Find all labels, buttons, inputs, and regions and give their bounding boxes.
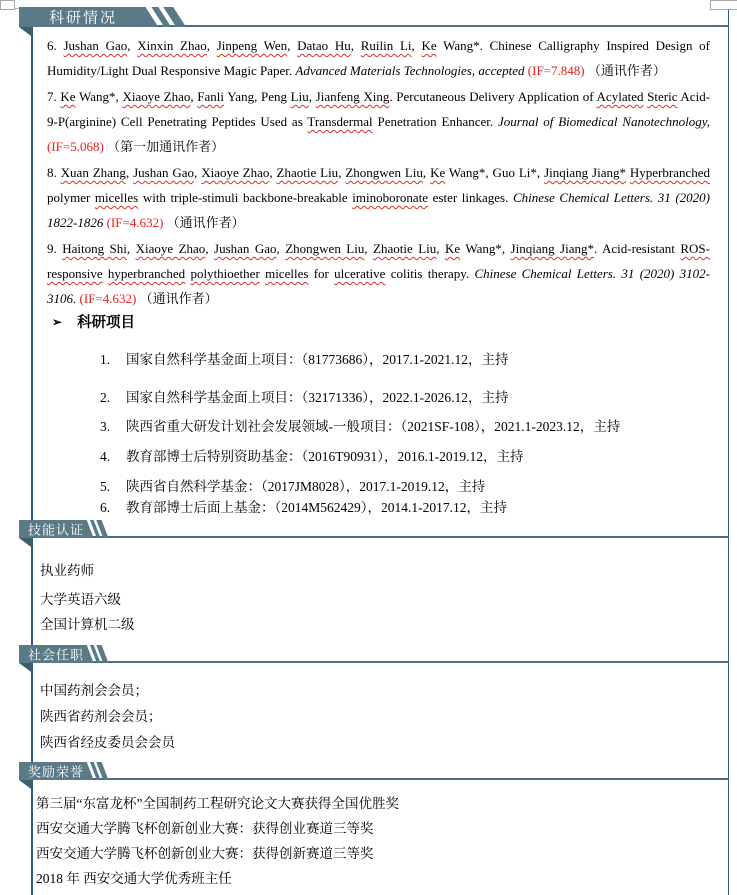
publication-text: , [351,38,361,53]
publication-text: Wang*, [76,89,123,104]
publication-text: , [423,165,430,180]
author-name-misspelled: ulcerative [334,266,385,281]
publication-text: 6. [47,38,63,53]
project-item: 3.陕西省重大研发计划社会发展领域-一般项目：（2021SF-108），2021… [100,412,720,441]
author-name-misspelled: Xuan Zhang [61,165,126,180]
ribbon-fold [19,27,33,37]
impact-factor: (IF=7.848) [528,63,585,78]
author-name-misspelled: Acylated [597,89,644,104]
author-name-misspelled: polythioether [190,266,259,281]
award-item: 西安交通大学腾飞杯创新创业大赛：获得创新赛道三等奖 [36,841,399,866]
publication-text: （通讯作者） [585,63,666,78]
project-item: 2.国家自然科学基金面上项目：（32171336），2022.1-2026.12… [100,383,720,412]
author-name-misspelled: Jushan Gao [214,241,277,256]
section-rule [19,778,729,780]
table-corner-marker-left [0,0,15,10]
project-item: 1.国家自然科学基金面上项目：（81773686），2017.1-2021.12… [100,345,720,374]
author-name-misspelled: Ruilin Li [361,38,412,53]
projects-list: 1.国家自然科学基金面上项目：（81773686），2017.1-2021.12… [100,345,720,522]
section-rule [19,661,729,663]
section-title-awards: 奖励荣誉 [28,762,84,781]
author-name-misspelled: Datao Hu [297,38,351,53]
section-banner-research: 科研情况 [19,7,187,27]
author-name-misspelled: hyperbranched [108,266,185,281]
author-name-misspelled: Steric [647,89,677,104]
author-name-misspelled: Ke [422,38,437,53]
projects-heading: ➢科研项目 [52,311,135,332]
projects-heading-label: 科研项目 [77,315,135,331]
publication-text: , [287,38,297,53]
publication-text: with triple-stimuli backbone-breakable [138,190,352,205]
author-name-misspelled: micelles [95,190,138,205]
skill-item: 全国计算机二级 [40,610,135,639]
author-name-misspelled: iminoboronate [352,190,428,205]
social-positions-list: 中国药剂会会员；陕西省药剂会会员；陕西省经皮委员会会员 [40,678,175,756]
author-name-misspelled: Liu [291,89,309,104]
arrow-bullet-icon: ➢ [52,315,62,329]
author-name-misspelled: Jianfeng Xing [316,89,390,104]
author-name-misspelled: Fanli [197,89,224,104]
section-rule [19,536,729,538]
section-title-research: 科研情况 [49,7,117,28]
author-name-misspelled: Hyperbranched [630,165,710,180]
publication-text: , [364,241,373,256]
publication-text: , [436,241,445,256]
award-item: 2018 年 西安交通大学优秀班主任 [36,866,399,891]
author-name-misspelled: Jushan Gao [63,38,127,53]
publication-text: （通讯作者） [136,291,217,306]
social-position-item: 中国药剂会会员； [40,678,175,704]
publication-text: , [205,241,214,256]
publication-text: , [412,38,422,53]
publication-text: 9. [47,241,62,256]
publication-text: , [207,38,217,53]
author-name-misspelled: Xiaoye Zhao [201,165,269,180]
publication-text: 8. [47,165,61,180]
author-name-misspelled: Ke [60,89,75,104]
section-title-skills: 技能认证 [28,520,84,539]
publication-text: 7. [47,89,60,104]
publication-text: polymer [47,190,95,205]
author-name-misspelled: Xinxin Zhao [137,38,207,53]
publication-text: , [127,38,137,53]
author-name-misspelled: Zhaotie Liu [373,241,436,256]
skill-item: 执业药师 [40,556,135,585]
page-border-right [728,8,730,895]
publication-entry: 8. Xuan Zhang, Jushan Gao, Xiaoye Zhao, … [47,160,710,235]
publication-text: . Acid-resistant [594,241,680,256]
publication-text: colitis therapy. [385,266,474,281]
item-number: 6. [100,493,126,522]
ribbon-fold [19,538,33,548]
publication-entry: 6. Jushan Gao, Xinxin Zhao, Jinpeng Wen,… [47,33,710,83]
ribbon-fold [19,780,33,790]
item-number: 2. [100,383,126,412]
item-text: 教育部博士后面上基金：（2014M562429），2014.1-2017.12，… [126,493,507,522]
section-banner-skills: 技能认证 [19,520,109,538]
journal-name: Advanced Materials Technologies, accepte… [295,63,527,78]
publication-list: 6. Jushan Gao, Xinxin Zhao, Jinpeng Wen,… [47,33,710,312]
author-name-misspelled: Transdermal [307,114,372,129]
award-item: 第三届“东富龙杯”全国制药工程研究论文大赛获得全国优胜奖 [36,791,399,816]
publication-entry: 7. Ke Wang*, Xiaoye Zhao, Fanli Yang, Pe… [47,84,710,159]
skills-list: 执业药师大学英语六级全国计算机二级 [40,556,135,639]
author-name-misspelled: micelles [265,266,308,281]
awards-list: 第三届“东富龙杯”全国制药工程研究论文大赛获得全国优胜奖西安交通大学腾飞杯创新创… [36,791,399,891]
publication-text: for [308,266,334,281]
author-name-misspelled: Haitong Shi [62,241,127,256]
award-item: 西安交通大学腾飞杯创新创业大赛：获得创业赛道三等奖 [36,816,399,841]
author-name-misspelled: Jushan Gao [133,165,194,180]
project-item: 4.教育部博士后特别资助基金：（2016T90931），2016.1-2019.… [100,442,720,471]
author-name-misspelled: Xiaoye Zhao [136,241,206,256]
impact-factor: (IF=4.632) [107,215,164,230]
item-number: 1. [100,345,126,374]
publication-text: , [127,241,136,256]
section-banner-social: 社会任职 [19,645,109,663]
publication-text: Penetration Enhancer. [373,114,498,129]
author-name-misspelled: Ke [445,241,460,256]
item-number: 3. [100,412,126,441]
publication-text: （第一加通讯作者） [104,139,224,154]
publication-text: Wang*, [460,241,510,256]
publication-text: , [277,241,286,256]
table-corner-marker-right [710,0,737,10]
publication-entry: 9. Haitong Shi, Xiaoye Zhao, Jushan Gao,… [47,236,710,311]
publication-text: , [309,89,316,104]
item-text: 国家自然科学基金面上项目：（32171336），2022.1-2026.12，主… [126,383,509,412]
author-name-misspelled: Ke [430,165,445,180]
author-name-misspelled: Zhongwen Liu [285,241,364,256]
item-number: 4. [100,442,126,471]
section-banner-awards: 奖励荣誉 [19,762,109,780]
impact-factor: (IF=5.068) [47,139,104,154]
journal-name: Journal of Biomedical Nanotechnology, [498,114,710,129]
project-item: 6.教育部博士后面上基金：（2014M562429），2014.1-2017.1… [100,493,720,522]
ribbon-fold [19,663,33,673]
author-name-misspelled: Jinpeng Wen [217,38,287,53]
author-name-misspelled: Jinqiang Jiang* [511,241,594,256]
publication-text: Yang, Peng [224,89,291,104]
author-name-misspelled: Jinqiang Jiang* [544,165,626,180]
section-title-social: 社会任职 [28,645,84,664]
item-text: 陕西省重大研发计划社会发展领域-一般项目：（2021SF-108），2021.1… [126,412,620,441]
impact-factor: (IF=4.632) [80,291,137,306]
publication-text: ester linkages. [428,190,513,205]
publication-text: （通讯作者） [163,215,244,230]
item-text: 教育部博士后特别资助基金：（2016T90931），2016.1-2019.12… [126,442,524,471]
document-page: 科研情况 6. Jushan Gao, Xinxin Zhao, Jinpeng… [0,0,737,895]
publication-text: Wang*, Guo Li*, [445,165,544,180]
item-text: 国家自然科学基金面上项目：（81773686），2017.1-2021.12，主… [126,345,509,374]
author-name-misspelled: Zhaotie Liu [277,165,339,180]
social-position-item: 陕西省经皮委员会会员 [40,730,175,756]
social-position-item: 陕西省药剂会会员； [40,704,175,730]
publication-text: , [269,165,276,180]
author-name-misspelled: Zhongwen Liu [345,165,423,180]
author-name-misspelled: Xiaoye Zhao [122,89,190,104]
publication-text: . Percutaneous Delivery Application of [389,89,596,104]
